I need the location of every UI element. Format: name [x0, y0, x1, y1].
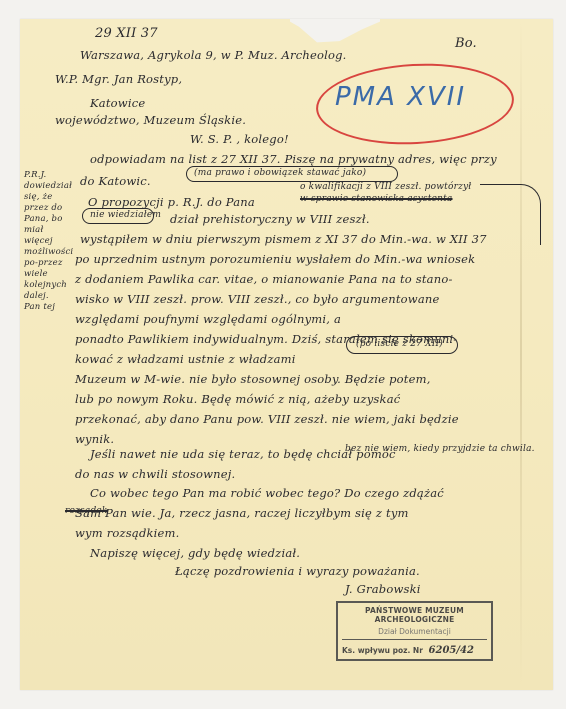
recipient-city: Katowice [90, 96, 145, 110]
body-struck-2: rozsądek [65, 506, 108, 516]
body-line-13: lub po nowym Roku. Będę mówić z nią, aże… [75, 392, 400, 406]
body-line-14: przekonać, aby dano Panu pow. VIII zeszł… [75, 412, 459, 426]
margin-note: P.R.J. dowiedział się, że przez do Pana,… [24, 170, 68, 313]
insertion-arrow [480, 184, 541, 245]
recipient-institution: województwo, Muzeum Śląskie. [55, 113, 246, 127]
body-insert-1: (ma prawo i obowiązek stawać jako) [194, 168, 366, 178]
body-line-5: wystąpiłem w dniu pierwszym pismem z XI … [80, 232, 487, 246]
salutation: W. S. P. , kolego! [190, 132, 289, 146]
body-line-1: odpowiadam na list z 27 XII 37. Piszę na… [90, 152, 497, 166]
body-line-20: wym rozsądkiem. [75, 526, 180, 540]
paper-fold-line [520, 19, 522, 690]
closing-line: Łączę pozdrowienia i wyrazy poważania. [175, 564, 420, 578]
stamp-entry-number: 6205/42 [429, 645, 474, 656]
body-line-8: wisko w VIII zeszł. prow. VIII zeszł., c… [75, 292, 440, 306]
date-line: 29 XII 37 [95, 26, 158, 41]
body-line-7: z dodaniem Pawlika car. vitae, o mianowa… [75, 272, 453, 286]
body-line-18: Co wobec tego Pan ma robić wobec tego? D… [90, 486, 444, 500]
body-insert-4: (po liście z 27 XII) [356, 339, 443, 349]
stamp-institution: PAŃSTWOWE MUZEUM ARCHEOLOGICZNE [342, 606, 487, 624]
archive-signature-mark: PMA XVII [335, 82, 466, 112]
body-insert-5: bez nie wiem, kiedy przyjdzie ta chwila. [345, 444, 535, 454]
body-insert-2: o kwalifikacji z VIII zeszł. powtórzył [300, 182, 471, 192]
stamp-department: Dział Dokumentacji [342, 627, 487, 640]
body-line-2: do Katowic. [80, 174, 151, 188]
sender-address: Warszawa, Agrykola 9, w P. Muz. Archeolo… [80, 48, 347, 62]
body-line-4: dział prehistoryczny w VIII zeszł. [170, 212, 370, 226]
body-line-9: względami poufnymi względami ogólnymi, a [75, 312, 341, 326]
recipient-name: W.P. Mgr. Jan Rostyp, [55, 72, 182, 86]
stamp-entry-label: Ks. wpływu poz. Nr [342, 646, 423, 655]
initials-top-right: Bo. [455, 36, 477, 51]
signature: J. Grabowski [345, 582, 421, 596]
body-line-11: kować z władzami ustnie z władzami [75, 352, 296, 366]
body-line-3: O propozycji p. R.J. do Pana [88, 195, 255, 209]
body-line-12: Muzeum w M-wie. nie było stosownej osoby… [75, 372, 431, 386]
stamp-entry-line: Ks. wpływu poz. Nr 6205/42 [342, 645, 487, 656]
museum-stamp: PAŃSTWOWE MUZEUM ARCHEOLOGICZNE Dział Do… [336, 601, 493, 661]
body-line-6: po uprzednim ustnym porozumieniu wysłałe… [75, 252, 475, 266]
body-line-21: Napiszę więcej, gdy będę wiedział. [90, 546, 300, 560]
body-insert-3: nie wiedziałem [90, 210, 161, 220]
body-struck-1: w sprawie stanowiska asystenta [300, 194, 453, 204]
body-line-15: wynik. [75, 432, 114, 446]
body-line-19: Sam Pan wie. Ja, rzecz jasna, raczej lic… [75, 506, 409, 520]
body-line-17: do nas w chwili stosownej. [75, 467, 235, 481]
